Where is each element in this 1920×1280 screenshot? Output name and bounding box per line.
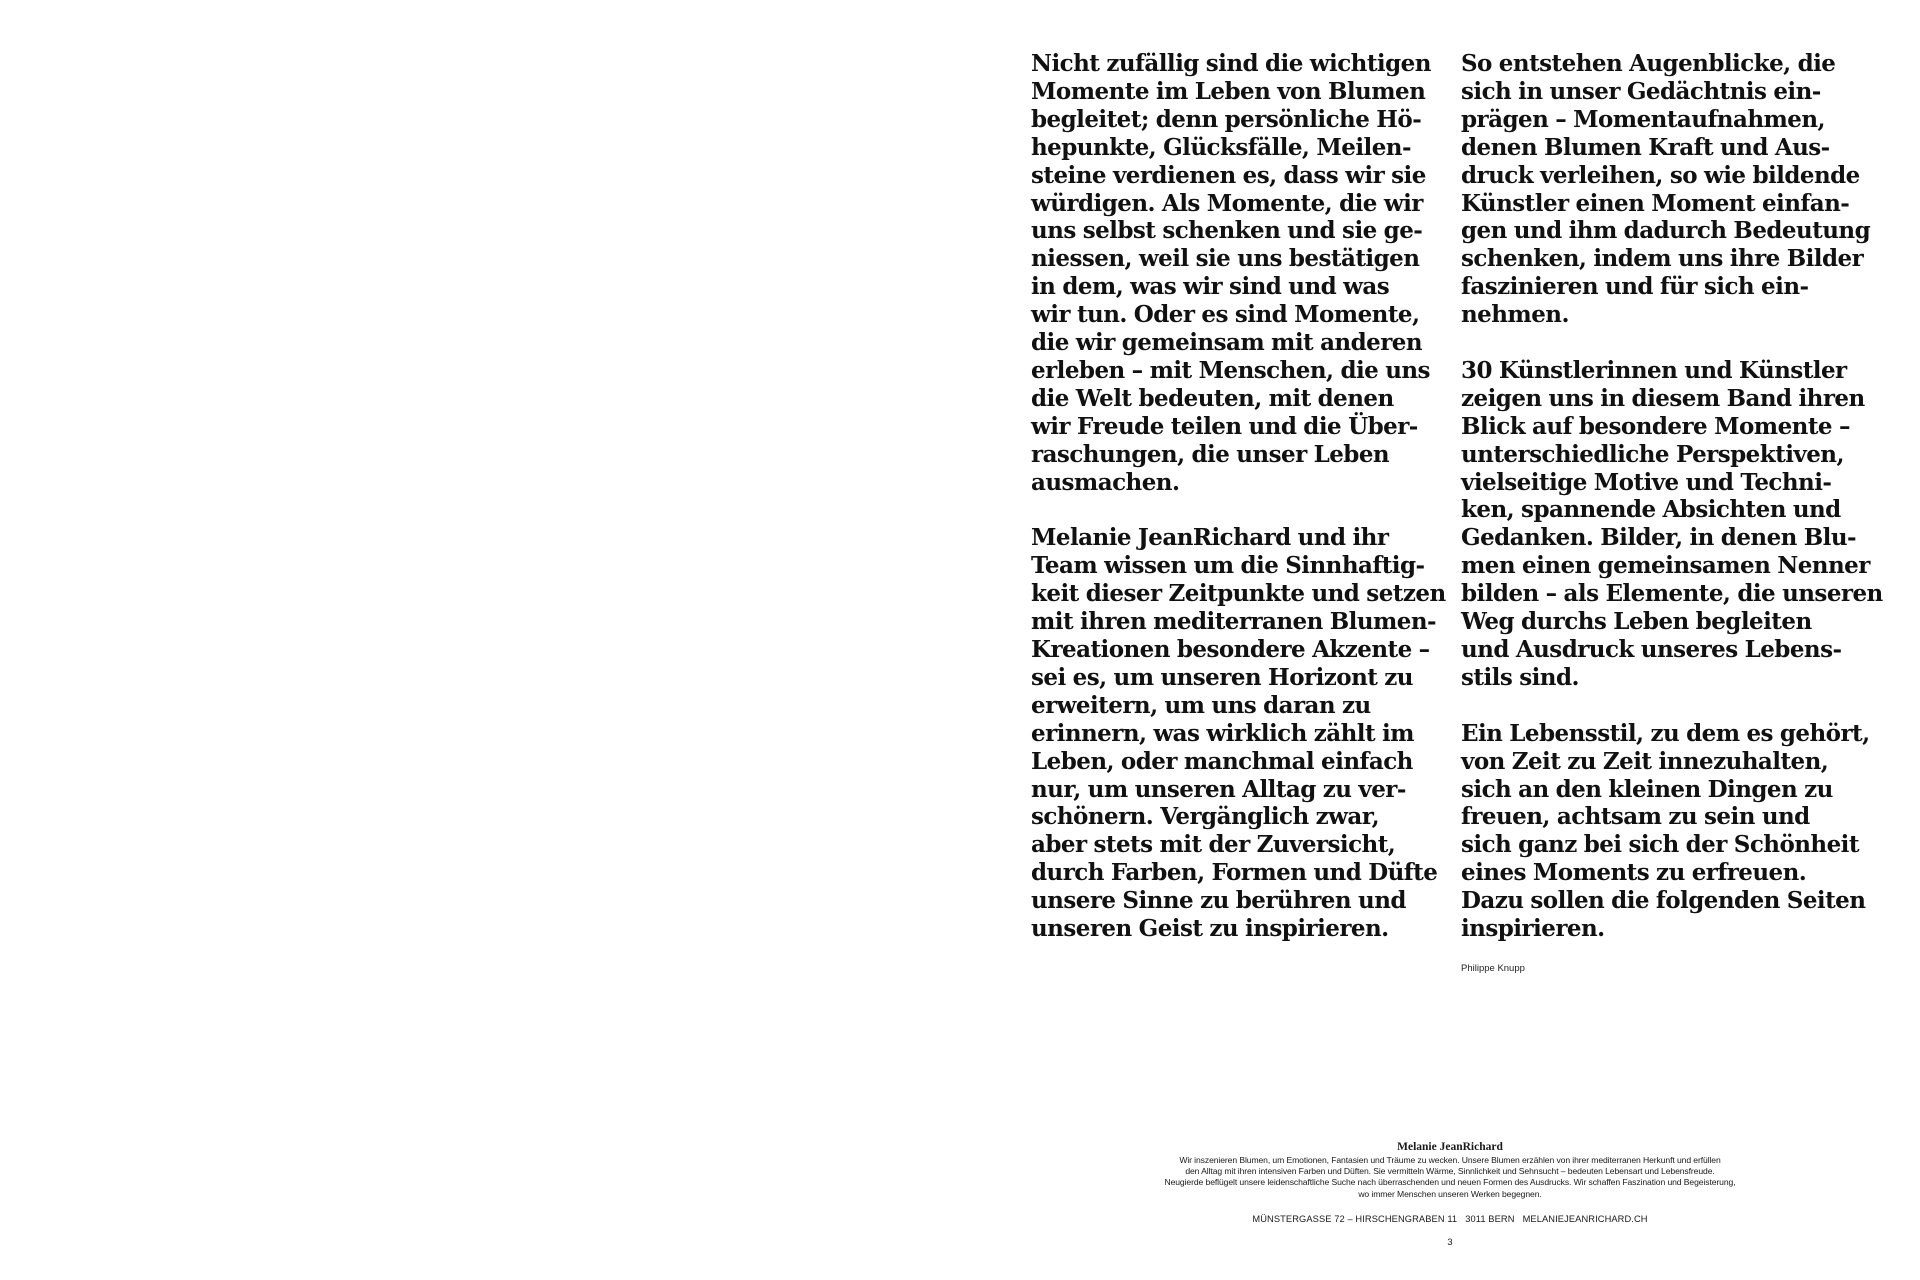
text-line: würdigen. Als Momente, die wir: [1031, 190, 1441, 218]
text-line: gen und ihm dadurch Bedeutung: [1461, 217, 1871, 245]
footer-address: MÜNSTERGASSE 72 – HIRSCHENGRABEN 11 3011…: [1080, 1214, 1820, 1224]
text-line: keit dieser Zeitpunkte und setzen: [1031, 580, 1441, 608]
paragraph-lebensstil: Ein Lebensstil, zu dem es gehört, von Ze…: [1461, 720, 1871, 943]
paragraph-kuenstler: 30 Künstlerinnen und Künstler zeigen uns…: [1461, 357, 1871, 692]
text-line: Weg durchs Leben begleiten: [1461, 608, 1871, 636]
text-line: Momente im Leben von Blumen: [1031, 78, 1441, 106]
text-line: in dem, was wir sind und was: [1031, 273, 1441, 301]
text-line: faszinieren und für sich ein-: [1461, 273, 1871, 301]
text-line: niessen, weil sie uns bestätigen: [1031, 245, 1441, 273]
page-footer: Melanie JeanRichard Wir inszenieren Blum…: [1080, 1140, 1820, 1247]
author-signature: Philippe Knupp: [1461, 963, 1525, 974]
text-line: raschungen, die unser Leben: [1031, 441, 1441, 469]
text-line: erleben – mit Menschen, die uns: [1031, 357, 1441, 385]
text-line: vielseitige Motive und Techni-: [1461, 469, 1871, 497]
text-line: schönern. Vergänglich zwar,: [1031, 803, 1441, 831]
footer-text-line: Wir inszenieren Blumen, um Emotionen, Fa…: [1080, 1155, 1820, 1166]
text-line: bilden – als Elemente, die unseren: [1461, 580, 1871, 608]
text-line: sich in unser Gedächtnis ein-: [1461, 78, 1871, 106]
text-line: sich an den kleinen Dingen zu: [1461, 776, 1871, 804]
footer-brand-description: Wir inszenieren Blumen, um Emotionen, Fa…: [1080, 1155, 1820, 1200]
text-line: Kreationen besondere Akzente –: [1031, 636, 1441, 664]
footer-brand-title: Melanie JeanRichard: [1080, 1140, 1820, 1154]
text-line: die wir gemeinsam mit anderen: [1031, 329, 1441, 357]
text-line: ken, spannende Absichten und: [1461, 496, 1871, 524]
left-page-blank: [0, 0, 960, 1280]
text-line: unseren Geist zu inspirieren.: [1031, 915, 1441, 943]
text-line: 30 Künstlerinnen und Künstler: [1461, 357, 1871, 385]
text-line: durch Farben, Formen und Düfte: [1031, 859, 1441, 887]
text-line: begleitet; denn persönliche Hö-: [1031, 106, 1441, 134]
text-line: uns selbst schenken und sie ge-: [1031, 217, 1441, 245]
footer-text-line: Neugierde beflügelt unsere leidenschaftl…: [1080, 1177, 1820, 1188]
text-line: hepunkte, Glücksfälle, Meilen-: [1031, 134, 1441, 162]
text-line: denen Blumen Kraft und Aus-: [1461, 134, 1871, 162]
text-line: Leben, oder manchmal einfach: [1031, 748, 1441, 776]
text-line: Blick auf besondere Momente –: [1461, 413, 1871, 441]
footer-text-line: wo immer Menschen unseren Werken begegne…: [1080, 1189, 1820, 1200]
text-line: schenken, indem uns ihre Bilder: [1461, 245, 1871, 273]
text-line: Dazu sollen die folgenden Seiten: [1461, 887, 1871, 915]
text-line: prägen – Momentaufnahmen,: [1461, 106, 1871, 134]
text-line: unsere Sinne zu berühren und: [1031, 887, 1441, 915]
text-line: druck verleihen, so wie bildende: [1461, 162, 1871, 190]
text-line: Künstler einen Moment einfan-: [1461, 190, 1871, 218]
paragraph-augenblicke: So entstehen Augenblicke, die sich in un…: [1461, 50, 1871, 329]
text-line: und Ausdruck unseres Lebens-: [1461, 636, 1871, 664]
text-line: men einen gemeinsamen Nenner: [1461, 552, 1871, 580]
book-spread: Nicht zufällig sind die wichtigen Moment…: [0, 0, 1920, 1280]
text-line: erweitern, um uns daran zu: [1031, 692, 1441, 720]
text-line: So entstehen Augenblicke, die: [1461, 50, 1871, 78]
text-line: sei es, um unseren Horizont zu: [1031, 664, 1441, 692]
text-line: unterschiedliche Perspektiven,: [1461, 441, 1871, 469]
text-line: sich ganz bei sich der Schönheit: [1461, 831, 1871, 859]
text-line: eines Moments zu erfreuen.: [1461, 859, 1871, 887]
text-line: zeigen uns in diesem Band ihren: [1461, 385, 1871, 413]
paragraph-intro: Nicht zufällig sind die wichtigen Moment…: [1031, 50, 1441, 497]
text-line: inspirieren.: [1461, 915, 1871, 943]
text-line: Ein Lebensstil, zu dem es gehört,: [1461, 720, 1871, 748]
text-line: nur, um unseren Alltag zu ver-: [1031, 776, 1441, 804]
footer-text-line: den Alltag mit ihren intensiven Farben u…: [1080, 1166, 1820, 1177]
text-line: aber stets mit der Zuversicht,: [1031, 831, 1441, 859]
text-line: stils sind.: [1461, 664, 1871, 692]
page-number: 3: [1080, 1237, 1820, 1247]
text-line: freuen, achtsam zu sein und: [1461, 803, 1871, 831]
text-line: Gedanken. Bilder, in denen Blu-: [1461, 524, 1871, 552]
paragraph-team: Melanie JeanRichard und ihr Team wissen …: [1031, 524, 1441, 943]
text-column-left: Nicht zufällig sind die wichtigen Moment…: [1031, 50, 1441, 971]
text-line: wir tun. Oder es sind Momente,: [1031, 301, 1441, 329]
text-line: Team wissen um die Sinnhaftig-: [1031, 552, 1441, 580]
text-line: von Zeit zu Zeit innezuhalten,: [1461, 748, 1871, 776]
text-line: erinnern, was wirklich zählt im: [1031, 720, 1441, 748]
text-line: wir Freude teilen und die Über-: [1031, 413, 1441, 441]
text-line: steine verdienen es, dass wir sie: [1031, 162, 1441, 190]
text-column-right: So entstehen Augenblicke, die sich in un…: [1461, 50, 1871, 971]
text-line: nehmen.: [1461, 301, 1871, 329]
text-line: Nicht zufällig sind die wichtigen: [1031, 50, 1441, 78]
text-line: Melanie JeanRichard und ihr: [1031, 524, 1441, 552]
text-line: mit ihren mediterranen Blumen-: [1031, 608, 1441, 636]
text-line: ausmachen.: [1031, 469, 1441, 497]
text-line: die Welt bedeuten, mit denen: [1031, 385, 1441, 413]
